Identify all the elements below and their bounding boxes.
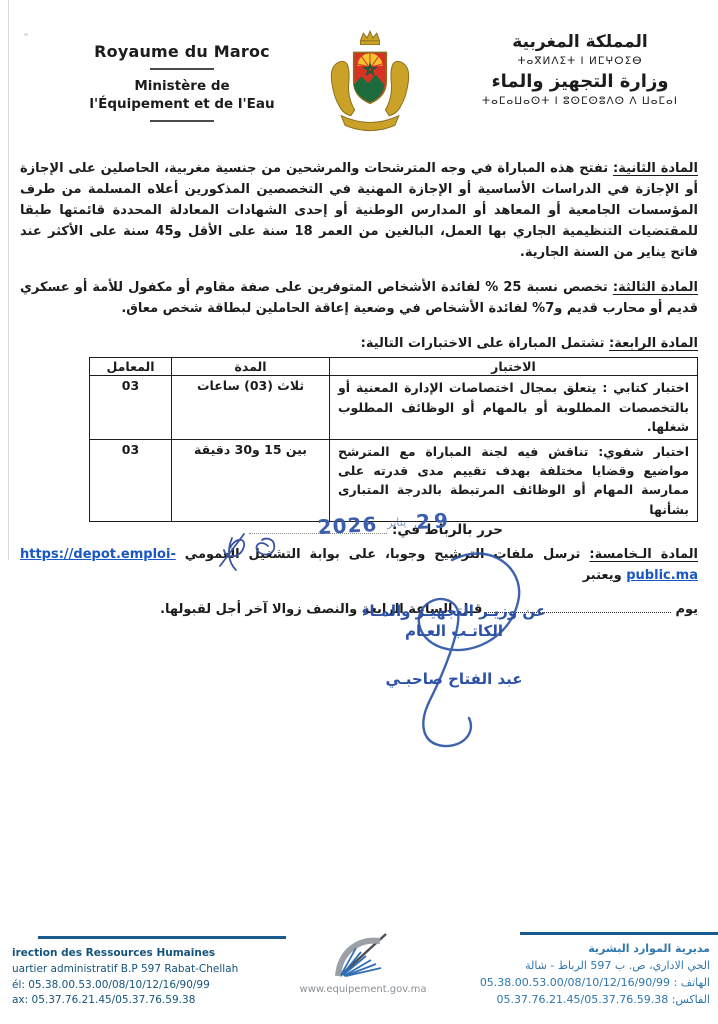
table-header-row: الاختبار المدة المعامل bbox=[90, 358, 698, 376]
kingdom-title-ar: المملكة المغربية bbox=[460, 32, 700, 52]
article-5-paragraph: المادة الـخامسة: ترسل ملفات الترشيح وجوب… bbox=[20, 544, 698, 586]
ministry-title-fr-line1: Ministère de bbox=[58, 77, 306, 95]
article-5-text-after-link: ويعتبر bbox=[583, 568, 627, 583]
footer-fax-fr: ax: 05.37.76.21.45/05.37.76.59.38 bbox=[12, 993, 287, 1009]
deadline-day-word: يوم bbox=[675, 602, 698, 617]
article-4-label: المادة الرابعة: bbox=[609, 336, 698, 351]
document-page: Royaume du Maroc Ministère de l'Équipeme… bbox=[0, 0, 718, 1024]
footer-logo-block: www.equipement.gov.ma bbox=[298, 930, 428, 995]
article-5-label: المادة الـخامسة: bbox=[589, 547, 698, 562]
signature-on-behalf: عن وزيـر التجهيـز والمـاء bbox=[332, 602, 576, 620]
footer-direction-fr: irection des Ressources Humaines bbox=[12, 946, 287, 962]
article-4-paragraph: المادة الرابعة: تشتمل المباراة على الاخت… bbox=[20, 333, 698, 354]
signatory-name: عبد الفتاح صاحبـي bbox=[332, 670, 576, 688]
table-row: اختبار شفوي: تناقش فيه لجنة المباراة مع … bbox=[90, 439, 698, 522]
header-divider bbox=[150, 68, 214, 70]
header-french: Royaume du Maroc Ministère de l'Équipeme… bbox=[58, 42, 306, 129]
scan-edge-artifact bbox=[8, 0, 9, 560]
header-divider-2 bbox=[150, 120, 214, 122]
article-2-paragraph: المادة الثانية: تفتح هذه المباراة في وجه… bbox=[20, 158, 698, 263]
article-3-label: المادة الثالثة: bbox=[613, 280, 698, 295]
ministry-title-tifinagh: ⵜⴰⵎⴰⵡⴰⵙⵜ ⵏ ⵓⵙⵎⵙⵓⴷⵙ ⴷ ⵡⴰⵎⴰⵏ bbox=[460, 95, 700, 107]
col-header-test: الاختبار bbox=[330, 358, 698, 376]
article-2-text: تفتح هذه المباراة في وجه المترشحات والمر… bbox=[20, 161, 698, 260]
footer-address-ar: الحي الاداري، ص. ب 597 الرباط - شالة bbox=[465, 957, 710, 974]
footer-direction-ar: مديرية الموارد البشرية bbox=[465, 940, 710, 957]
ministry-title-ar: وزارة التجهيز والماء bbox=[460, 71, 700, 92]
written-exam-cell: اختبار كتابي : يتعلق بمجال اختصاصات الإد… bbox=[330, 376, 698, 439]
oral-exam-cell: اختبار شفوي: تناقش فيه لجنة المباراة مع … bbox=[330, 439, 698, 522]
footer-rule-right bbox=[520, 932, 718, 935]
signatory-title: الكاتـب العـام bbox=[332, 622, 576, 640]
stamp-year: 2026 bbox=[317, 512, 378, 539]
footer-website: www.equipement.gov.ma bbox=[298, 984, 428, 995]
stamp-day: 29 bbox=[415, 508, 452, 534]
handwritten-initials bbox=[208, 528, 293, 580]
signature-block: عن وزيـر التجهيـز والمـاء الكاتـب العـام… bbox=[332, 602, 576, 688]
footer-fax-ar: الفاكس: 05.37.76.21.45/05.37.76.59.38 bbox=[465, 991, 710, 1008]
footer-rule-left bbox=[38, 936, 286, 939]
exams-table: الاختبار المدة المعامل اختبار كتابي : يت… bbox=[89, 357, 698, 522]
article-2-label: المادة الثانية: bbox=[613, 161, 698, 176]
article-4-text: تشتمل المباراة على الاختبارات التالية: bbox=[361, 336, 609, 351]
written-exam-coefficient: 03 bbox=[90, 376, 172, 439]
article-3-text: تخصص نسبة 25 % لفائدة الأشخاص المتوفرين … bbox=[20, 280, 698, 316]
oral-exam-duration: بين 15 و30 دقيقة bbox=[172, 439, 330, 522]
kingdom-title-fr: Royaume du Maroc bbox=[58, 42, 306, 61]
col-header-duration: المدة bbox=[172, 358, 330, 376]
article-3-paragraph: المادة الثالثة: تخصص نسبة 25 % لفائدة ال… bbox=[20, 277, 698, 319]
footer-phone-fr: él: 05.38.00.53.00/08/10/12/16/90/99 bbox=[12, 978, 287, 994]
oral-exam-coefficient: 03 bbox=[90, 439, 172, 522]
written-exam-duration: ثلاث (03) ساعات bbox=[172, 376, 330, 439]
stamp-month: يناير bbox=[387, 515, 407, 529]
footer-contact-arabic: مديرية الموارد البشرية الحي الاداري، ص. … bbox=[465, 940, 710, 1008]
table-row: اختبار كتابي : يتعلق بمجال اختصاصات الإد… bbox=[90, 376, 698, 439]
col-header-coefficient: المعامل bbox=[90, 358, 172, 376]
footer-phone-ar: الهاتف : 05.38.00.53.00/08/10/12/16/90/9… bbox=[465, 974, 710, 991]
header-arabic: المملكة المغربية ⵜⴰⴳⵍⴷⵉⵜ ⵏ ⵍⵎⵖⵔⵉⴱ وزارة … bbox=[460, 32, 700, 107]
document-body: المادة الثانية: تفتح هذه المباراة في وجه… bbox=[20, 158, 698, 617]
footer-address-fr: uartier administratif B.P 597 Rabat-Chel… bbox=[12, 962, 287, 978]
ministry-bridge-logo-icon bbox=[330, 930, 396, 978]
footer-contact-french: irection des Ressources Humaines uartier… bbox=[12, 946, 287, 1009]
scan-speck-artifact bbox=[24, 33, 28, 36]
ministry-title-fr-line2: l'Équipement et de l'Eau bbox=[58, 95, 306, 113]
kingdom-title-tifinagh: ⵜⴰⴳⵍⴷⵉⵜ ⵏ ⵍⵎⵖⵔⵉⴱ bbox=[460, 55, 700, 67]
morocco-coat-of-arms-icon bbox=[322, 26, 418, 144]
